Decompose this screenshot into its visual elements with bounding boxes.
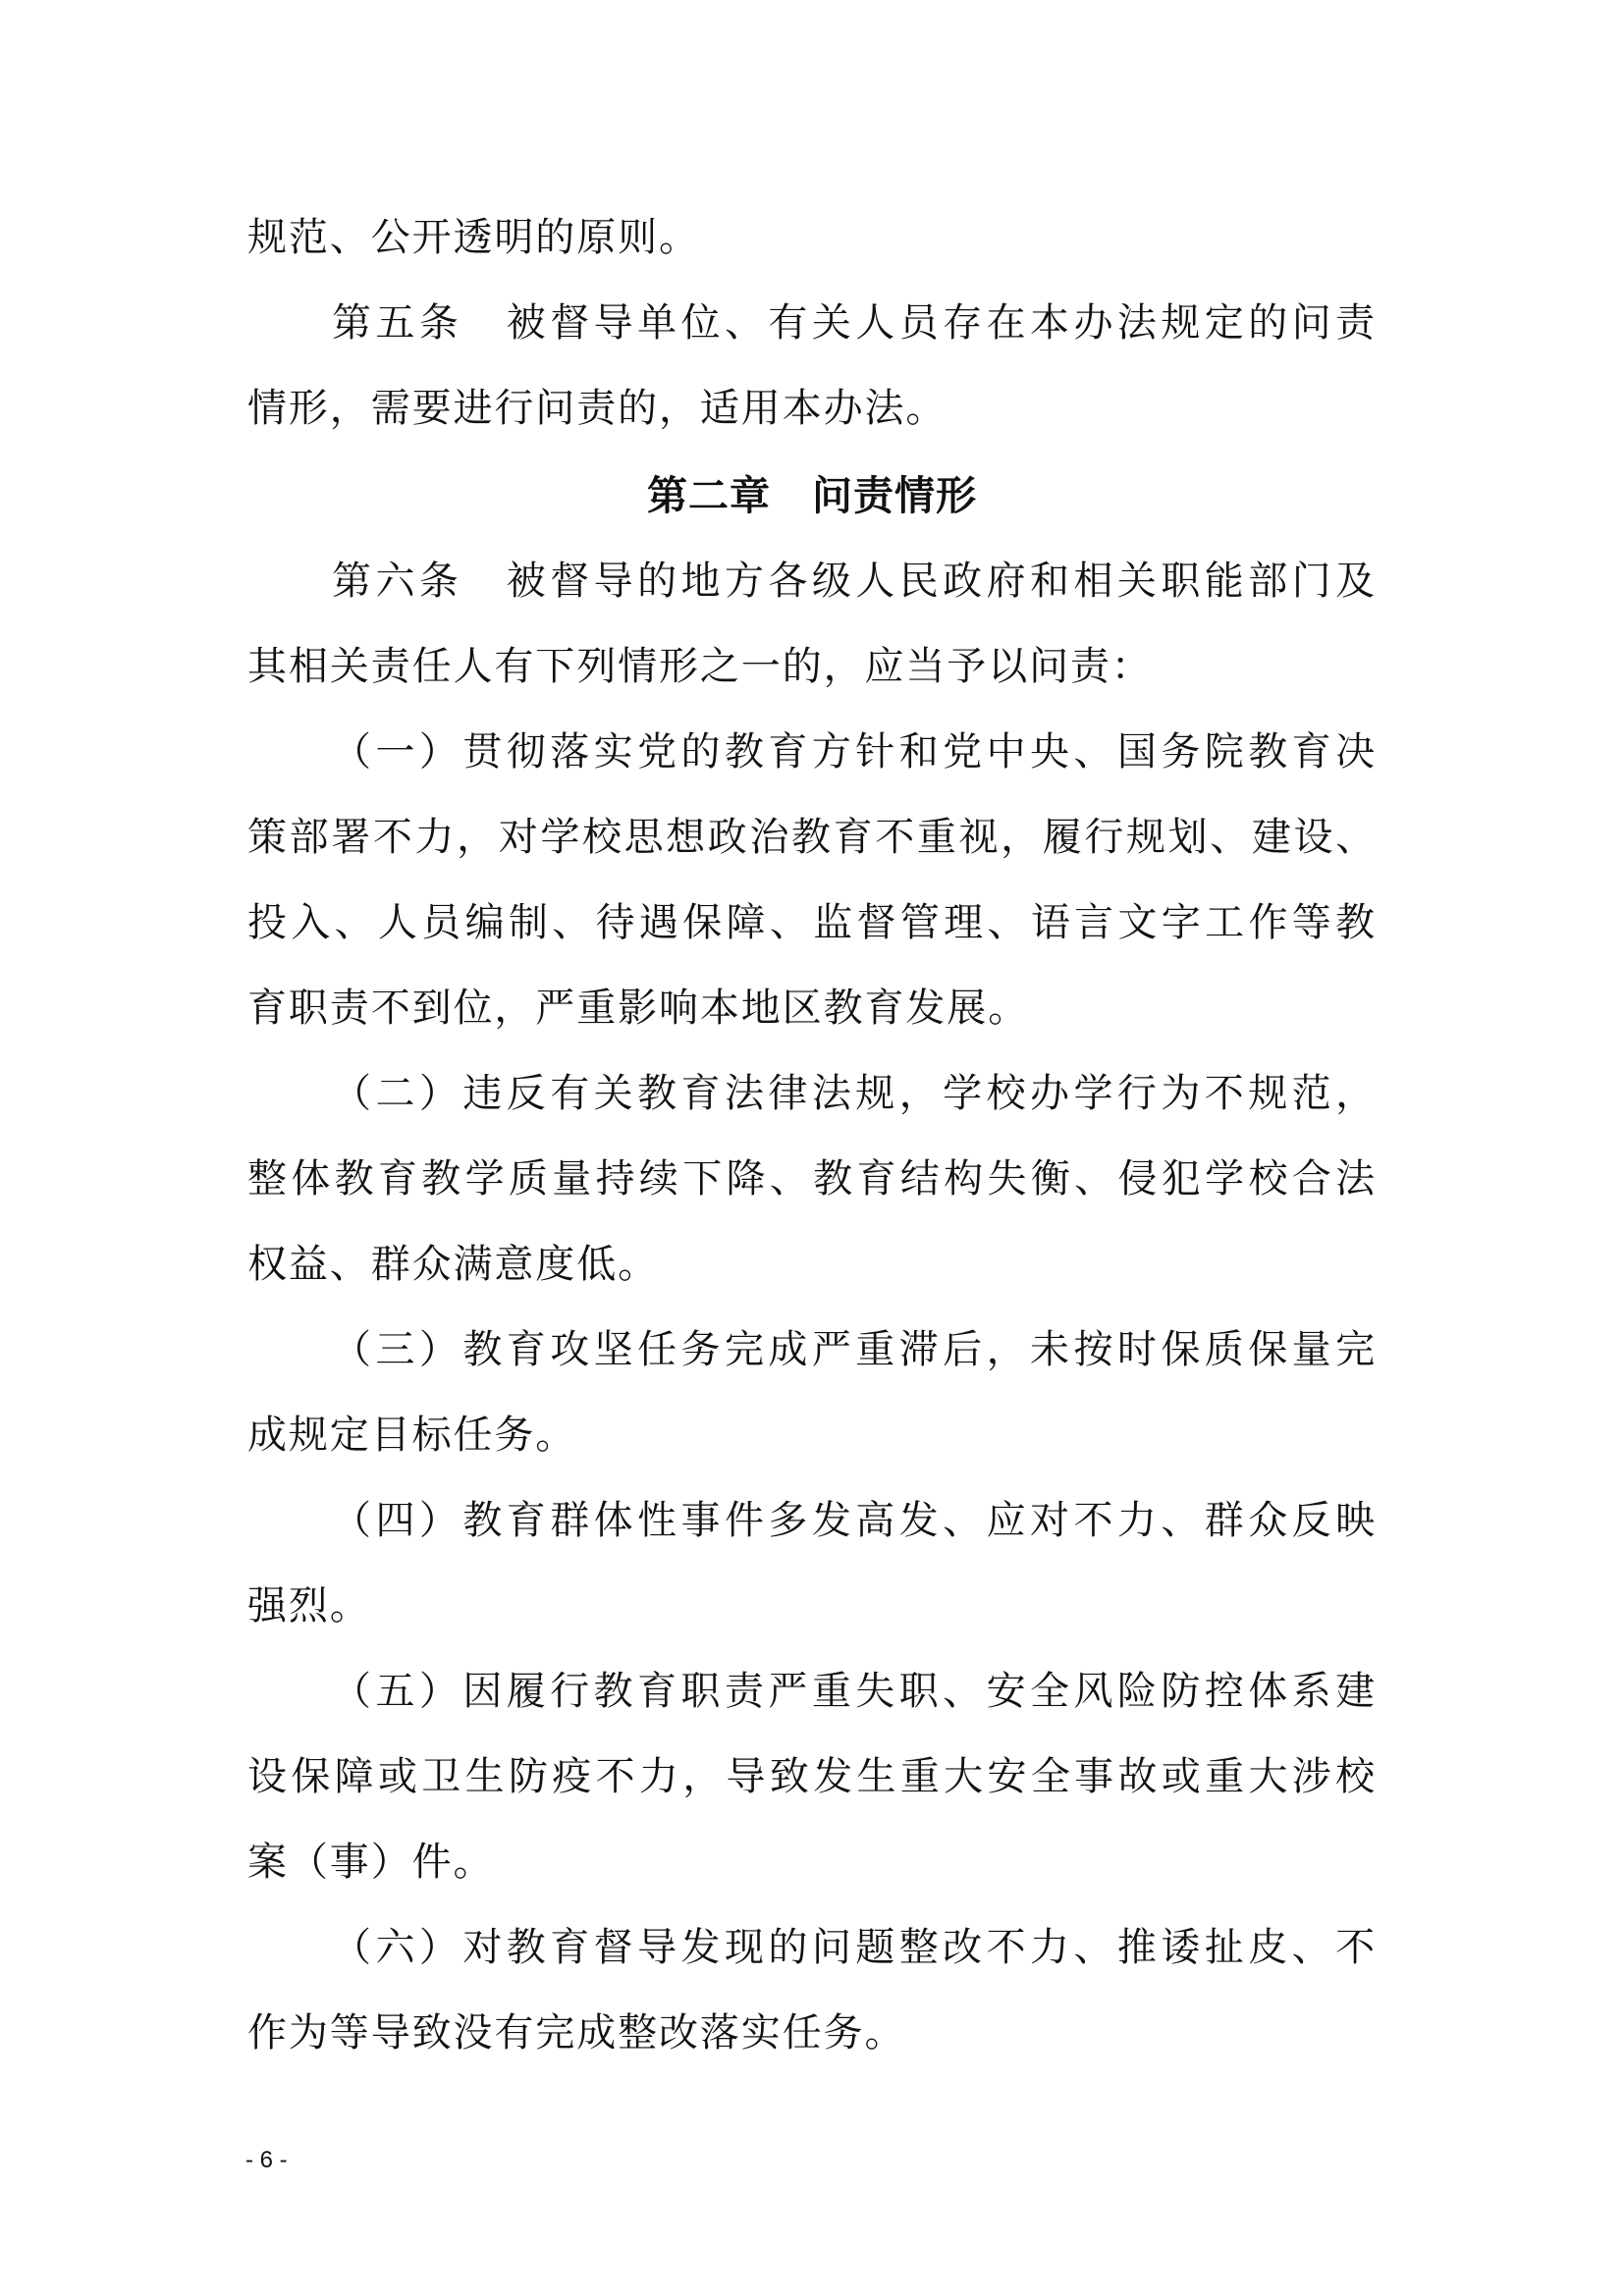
paragraph-first-line: 第五条 被督导单位、有关人员存在本办法规定的问责 <box>332 294 1377 352</box>
paragraph-line: 整体教育教学质量持续下降、教育结构失衡、侵犯学校合法 <box>247 1149 1377 1208</box>
paragraph-first-line: （一）贯彻落实党的教育方针和党中央、国务院教育决 <box>332 722 1377 781</box>
paragraph-line: 权益、群众满意度低。 <box>247 1235 1377 1294</box>
paragraph-line: 成规定目标任务。 <box>247 1406 1377 1465</box>
paragraph-line: 情形，需要进行问责的，适用本办法。 <box>247 379 1377 438</box>
paragraph-line: 规范、公开透明的原则。 <box>247 208 1377 267</box>
paragraph-line: 案（事）件。 <box>247 1833 1377 1892</box>
paragraph-first-line: （四）教育群体性事件多发高发、应对不力、群众反映 <box>332 1491 1377 1550</box>
paragraph-first-line: 第六条 被督导的地方各级人民政府和相关职能部门及 <box>332 552 1377 611</box>
paragraph-line: 作为等导致没有完成整改落实任务。 <box>247 2003 1377 2062</box>
page-number: - 6 - <box>245 2146 288 2175</box>
paragraph-line: 策部署不力，对学校思想政治教育不重视，履行规划、建设、 <box>247 808 1377 867</box>
paragraph-line: 强烈。 <box>247 1576 1377 1635</box>
paragraph-first-line: （五）因履行教育职责严重失职、安全风险防控体系建 <box>332 1662 1377 1721</box>
paragraph-line: 育职责不到位，严重影响本地区教育发展。 <box>247 979 1377 1038</box>
paragraph-first-line: （二）违反有关教育法律法规，学校办学行为不规范， <box>332 1064 1377 1123</box>
paragraph-line: 设保障或卫生防疫不力，导致发生重大安全事故或重大涉校 <box>247 1747 1377 1806</box>
chapter-heading: 第二章 问责情形 <box>247 466 1377 525</box>
document-page: 规范、公开透明的原则。第五条 被督导单位、有关人员存在本办法规定的问责情形，需要… <box>0 0 1624 2296</box>
paragraph-line: 投入、人员编制、待遇保障、监督管理、语言文字工作等教 <box>247 893 1377 952</box>
paragraph-first-line: （六）对教育督导发现的问题整改不力、推诿扯皮、不 <box>332 1918 1377 1977</box>
paragraph-line: 其相关责任人有下列情形之一的，应当予以问责： <box>247 637 1377 696</box>
paragraph-first-line: （三）教育攻坚任务完成严重滞后，未按时保质保量完 <box>332 1320 1377 1379</box>
